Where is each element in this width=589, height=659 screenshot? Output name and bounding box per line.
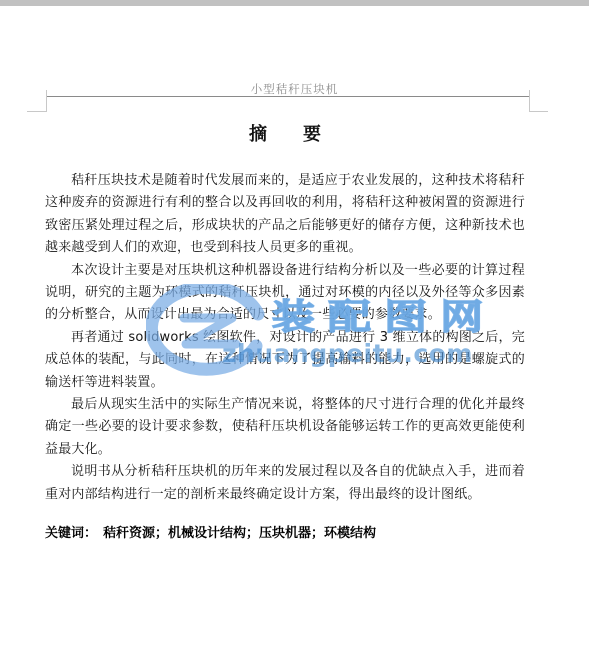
keywords-label: 关键词： [45, 526, 97, 541]
abstract-paragraph-4: 最后从现实生活中的实际生产情况来说，将整体的尺寸进行合理的优化并最终确定一些必要… [45, 394, 525, 461]
abstract-paragraph-1: 秸秆压块技术是随着时代发展而来的，是适应于农业发展的，这种技术将秸秆这种废弃的资… [45, 170, 525, 260]
abstract-title: 摘 要 [45, 120, 525, 150]
workspace-top-edge [0, 0, 589, 6]
abstract-paragraph-2: 本次设计主要是对压块机这种机器设备进行结构分析以及一些必要的计算过程说明，研究的… [45, 260, 525, 327]
margin-mark-left-vertical [46, 90, 47, 112]
abstract-paragraph-3: 再者通过 solidworks 绘图软件，对设计的产品进行 3 维立体的构图之后… [45, 327, 525, 394]
abstract-content: 摘 要 秸秆压块技术是随着时代发展而来的，是适应于农业发展的，这种技术将秸秆这种… [45, 120, 525, 546]
margin-mark-right-vertical [529, 90, 530, 112]
margin-mark-right-horizontal [529, 111, 548, 112]
header-rule [46, 96, 529, 97]
keywords-list: 秸秆资源；机械设计结构；压块机器；环模结构 [103, 526, 376, 541]
abstract-paragraph-5: 说明书从分析秸秆压块机的历年来的发展过程以及各自的优缺点入手，进而着重对内部结构… [45, 461, 525, 506]
keywords-line: 关键词：秸秆资源；机械设计结构；压块机器；环模结构 [45, 523, 525, 545]
running-header: 小型秸秆压块机 [0, 81, 589, 97]
margin-mark-left-horizontal [27, 111, 46, 112]
document-viewport: 小型秸秆压块机 摘 要 秸秆压块技术是随着时代发展而来的，是适应于农业发展的，这… [0, 0, 589, 659]
